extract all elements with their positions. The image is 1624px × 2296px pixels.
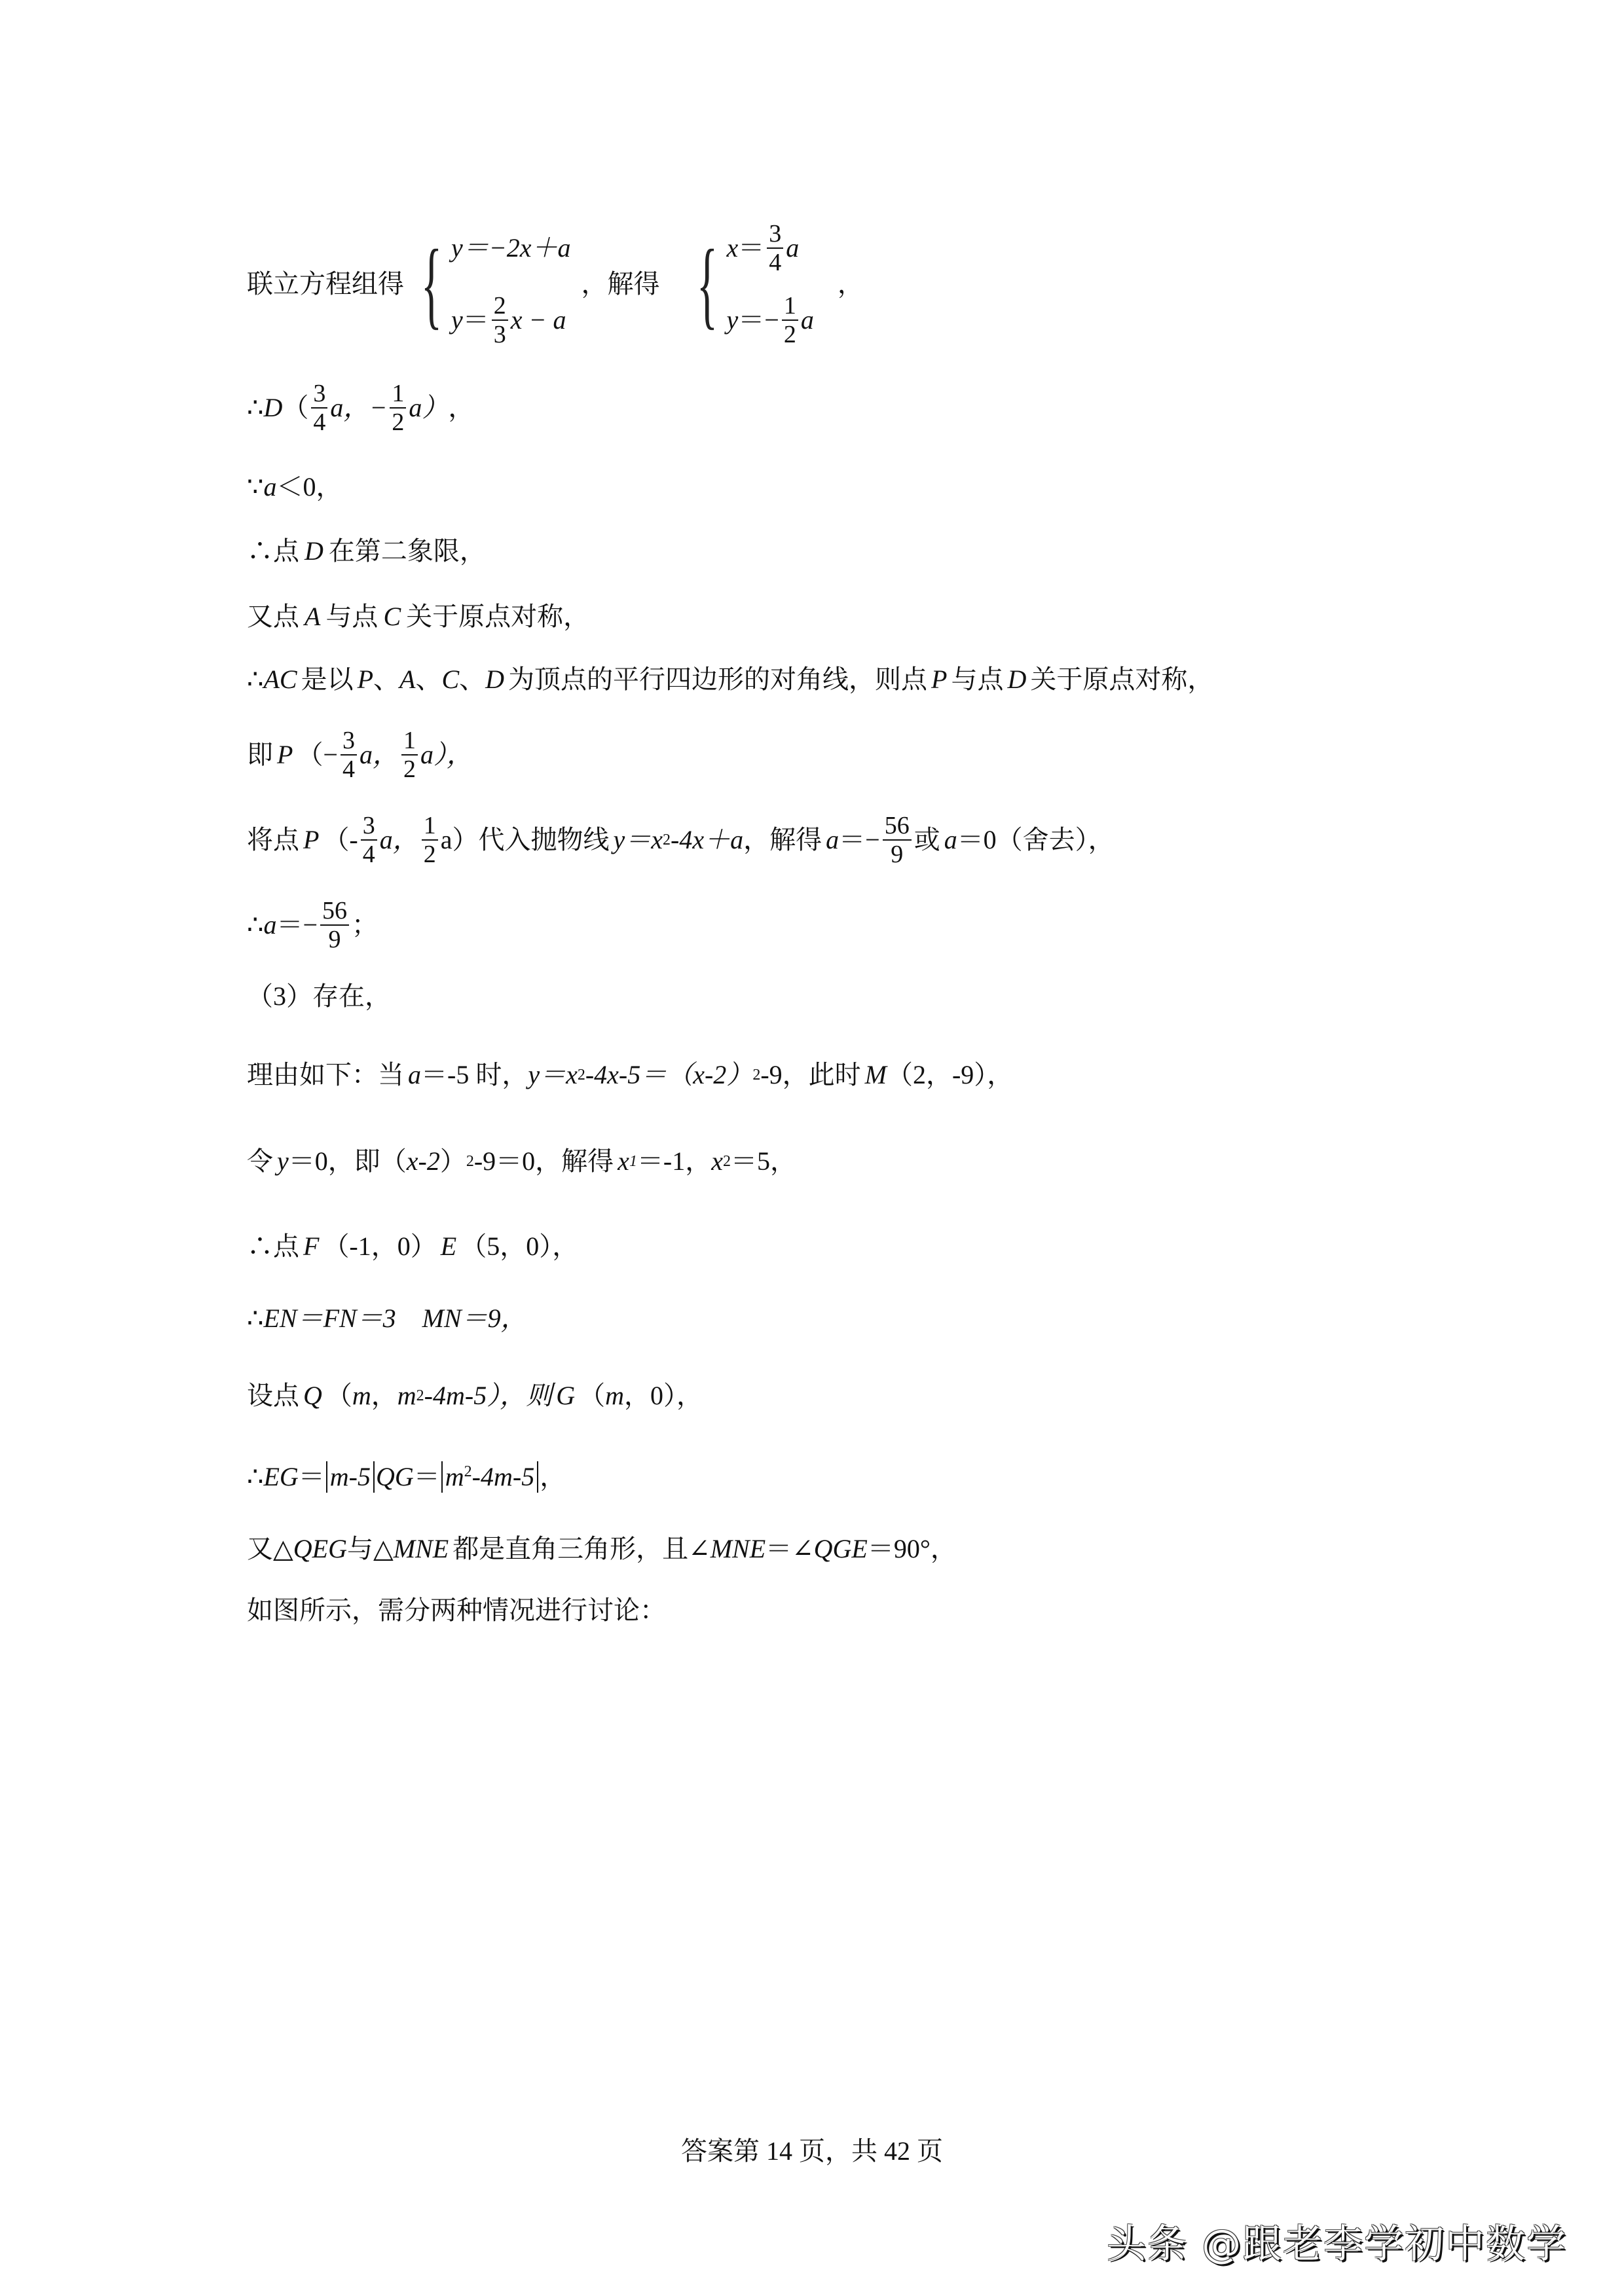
fraction: 1 2: [390, 380, 406, 436]
line-quadrant: ∴点 D 在第二象限，: [247, 536, 486, 567]
line-q-point: 设点 Q （ m ， m2 -4m-5），则 G （ m ，0），: [247, 1380, 703, 1412]
line-d-point: ∴ D （ 3 4 a，− 1 2 a） ，: [247, 380, 474, 436]
line-cases: 如图所示，需分两种情况进行讨论：: [247, 1595, 666, 1626]
fraction: 3 4: [311, 380, 327, 436]
watermark: 头条 @跟老李学初中数学: [1107, 2213, 1567, 2269]
solution-system: { x ＝ 3 4 a y ＝− 1: [684, 208, 814, 360]
line-symmetric: 又点 A 与点 C 关于原点对称，: [247, 601, 589, 632]
left-brace-icon: {: [421, 208, 442, 360]
line-substitute: 将点 P （- 3 4 a， 1 2 a）代入抛物线 y＝x2 -4x＋a ，解…: [247, 812, 1115, 868]
line-p-point: 即 P （− 3 4 a， 1 2 a），: [247, 727, 473, 783]
page-footer: 答案第 14 页，共 42 页: [0, 2136, 1624, 2167]
solution-row-y: y ＝− 1 2 a: [727, 284, 814, 356]
fraction: 2 3: [492, 292, 508, 348]
fraction: 1 2: [401, 727, 418, 783]
solve-text: ，解得: [581, 268, 660, 300]
line-a-negative: ∵ a ＜0，: [247, 471, 342, 503]
left-brace-icon: {: [696, 208, 717, 360]
line-points-fe: ∴点 F （-1，0） E （5，0），: [247, 1231, 578, 1262]
line-lengths: ∴ EN＝FN＝3 MN＝9，: [247, 1303, 527, 1334]
answer-page: 联立方程组得 { y ＝−2x＋a y ＝ 2 3 x − a: [0, 0, 1624, 2296]
line-part-3: （3）存在，: [247, 981, 391, 1012]
line-diagonal: ∴ AC 是以 P 、 A 、 C 、 D 为顶点的平行四边形的对角线，则点 P…: [247, 664, 1213, 695]
fraction: 3 4: [341, 727, 357, 783]
fraction: 56 9: [883, 812, 912, 868]
line-eg-qg: ∴ EG ＝ m-5 QG ＝ m2-4m-5 ，: [247, 1461, 566, 1493]
fraction: 3 4: [767, 220, 783, 276]
equation-row-1: y ＝−2x＋a: [451, 212, 571, 284]
line-triangles: 又△ QEG 与△ MNE 都是直角三角形，且∠ MNE ＝∠ QGE ＝90°…: [247, 1533, 957, 1565]
system-of-equations-line: 联立方程组得 { y ＝−2x＋a y ＝ 2 3 x − a: [247, 208, 864, 360]
absolute-value: m2-4m-5: [441, 1461, 538, 1493]
line-reason: 理由如下：当 a ＝-5 时， y＝x2 -4x-5＝（x-2）2 -9，此时 …: [247, 1059, 1013, 1091]
equation-system: { y ＝−2x＋a y ＝ 2 3 x − a: [408, 208, 571, 360]
solution-row-x: x ＝ 3 4 a: [727, 212, 814, 284]
fraction: 1 2: [782, 292, 798, 348]
equation-row-2: y ＝ 2 3 x − a: [451, 284, 571, 356]
line-a-value: ∴ a ＝− 56 9 ；: [247, 897, 378, 953]
system-lead-text: 联立方程组得: [247, 268, 404, 300]
fraction: 56 9: [320, 897, 349, 953]
line-zero: 令 y ＝0，即（ x-2 ）2 -9＝0，解得 x1 ＝-1， x2 ＝5，: [247, 1146, 796, 1177]
fraction: 3 4: [361, 812, 377, 868]
fraction: 1 2: [422, 812, 438, 868]
